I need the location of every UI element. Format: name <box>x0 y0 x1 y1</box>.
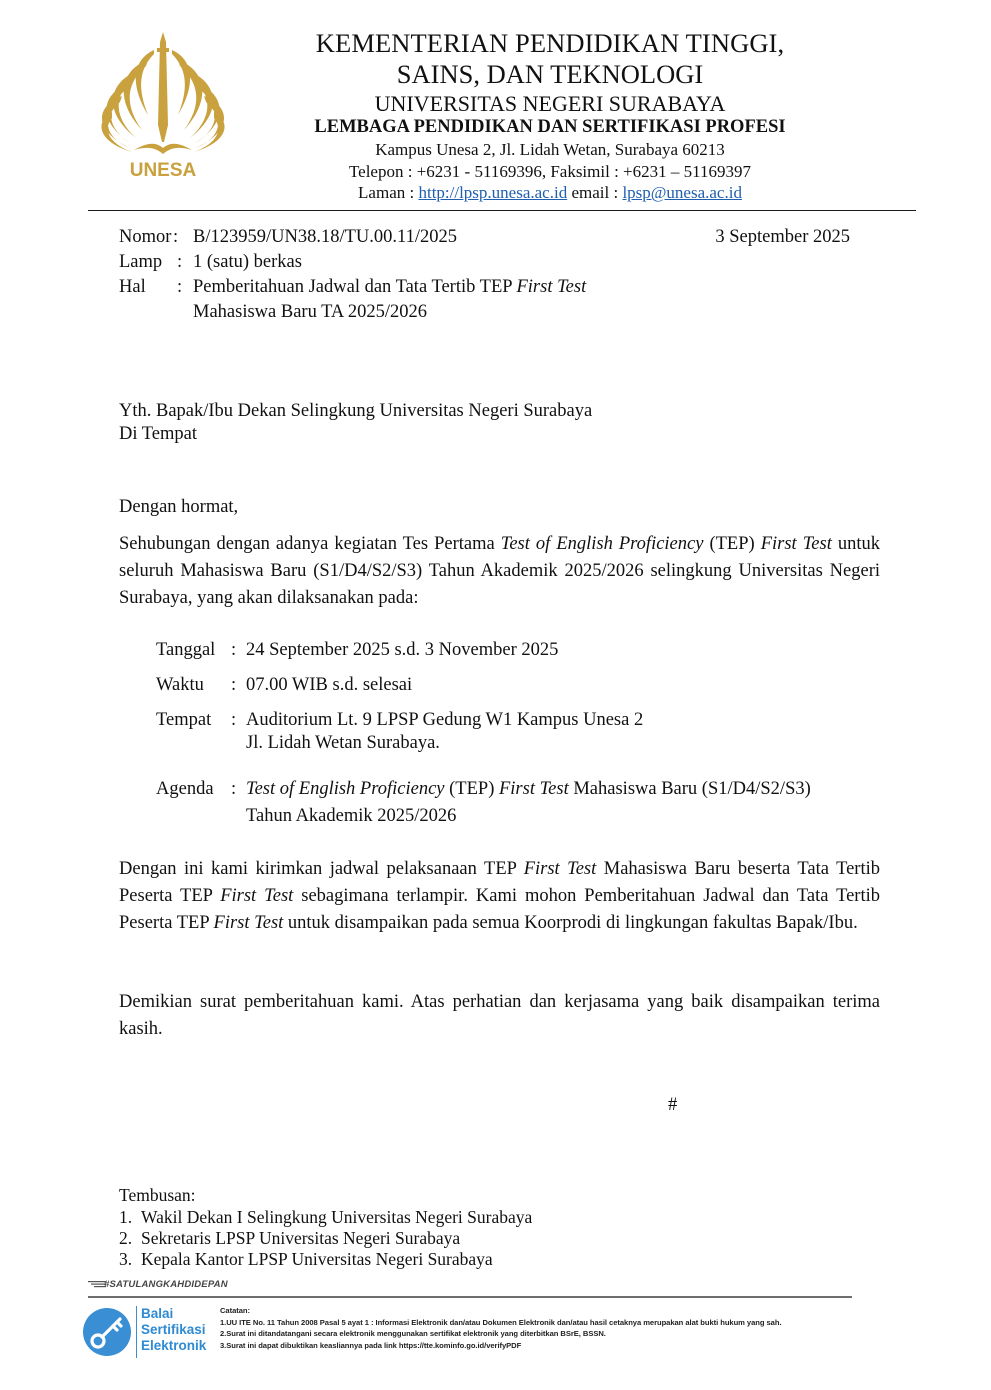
tanggal-label: Tanggal <box>156 638 215 662</box>
note-item: 3.Surat ini dapat dibuktikan keasliannya… <box>220 1340 782 1352</box>
lamp-value: 1 (satu) berkas <box>193 250 302 274</box>
waktu-colon: : <box>231 673 236 697</box>
tanggal-value: 24 September 2025 s.d. 3 November 2025 <box>246 638 558 662</box>
ministry-line-2: SAINS, DAN TEKNOLOGI <box>280 61 820 88</box>
website-link[interactable]: http://lpsp.unesa.ac.id <box>418 183 567 202</box>
waktu-label: Waktu <box>156 673 204 697</box>
tembusan-item: 2.Sekretaris LPSP Universitas Negeri Sur… <box>119 1228 460 1249</box>
hal-value-line1: Pemberitahuan Jadwal dan Tata Tertib TEP… <box>193 275 586 299</box>
tanggal-colon: : <box>231 638 236 662</box>
agenda-colon: : <box>231 777 236 801</box>
salutation: Dengan hormat, <box>119 495 238 519</box>
tempat-colon: : <box>231 708 236 732</box>
ministry-line-1: KEMENTERIAN PENDIDIKAN TINGGI, <box>280 30 820 57</box>
tembusan-item: 1.Wakil Dekan I Selingkung Universitas N… <box>119 1207 532 1228</box>
address: Kampus Unesa 2, Jl. Lidah Wetan, Surabay… <box>280 141 820 158</box>
hal-label: Hal <box>119 275 146 299</box>
agenda-value-line1: Test of English Proficiency (TEP) First … <box>246 777 811 801</box>
letter-date: 3 September 2025 <box>715 225 850 249</box>
svg-text:UNESA: UNESA <box>130 160 197 181</box>
unesa-logo: UNESA <box>92 30 234 182</box>
contact-phone-fax: Telepon : +6231 - 51169396, Faksimil : +… <box>280 163 820 180</box>
closing-paragraph: Demikian surat pemberitahuan kami. Atas … <box>119 989 880 1043</box>
agenda-value-line2: Tahun Akademik 2025/2026 <box>246 804 456 828</box>
tembusan-title: Tembusan: <box>119 1185 196 1206</box>
footer-divider <box>88 1296 852 1298</box>
notes-title: Catatan: <box>220 1305 782 1317</box>
tembusan-item: 3.Kepala Kantor LPSP Universitas Negeri … <box>119 1249 493 1270</box>
intro-paragraph: Sehubungan dengan adanya kegiatan Tes Pe… <box>119 531 880 612</box>
attachment-paragraph: Dengan ini kami kirimkan jadwal pelaksan… <box>119 856 880 937</box>
hal-value-line2: Mahasiswa Baru TA 2025/2026 <box>193 300 427 324</box>
bsre-key-icon <box>82 1307 132 1357</box>
recipient-line-1: Yth. Bapak/Ibu Dekan Selingkung Universi… <box>119 399 592 423</box>
recipient-line-2: Di Tempat <box>119 422 197 446</box>
institution-name: LEMBAGA PENDIDIKAN DAN SERTIFIKASI PROFE… <box>280 118 820 137</box>
waktu-value: 07.00 WIB s.d. selesai <box>246 673 412 697</box>
nomor-label: Nomor <box>119 225 171 249</box>
bsre-divider <box>136 1306 137 1358</box>
signature-placeholder: # <box>668 1093 677 1117</box>
university-name: UNIVERSITAS NEGERI SURABAYA <box>280 93 820 115</box>
email-label: email : <box>567 183 622 202</box>
contact-web-email: Laman : http://lpsp.unesa.ac.id email : … <box>280 184 820 201</box>
tempat-value-line2: Jl. Lidah Wetan Surabaya. <box>246 731 440 755</box>
agenda-label: Agenda <box>156 777 214 801</box>
nomor-value: B/123959/UN38.18/TU.00.11/2025 <box>193 225 457 249</box>
tempat-value-line1: Auditorium Lt. 9 LPSP Gedung W1 Kampus U… <box>246 708 643 732</box>
footer-notes: Catatan: 1.UU ITE No. 11 Tahun 2008 Pasa… <box>220 1305 782 1351</box>
note-item: 2.Surat ini ditandatangani secara elektr… <box>220 1328 782 1340</box>
email-link[interactable]: lpsp@unesa.ac.id <box>622 183 742 202</box>
header-divider <box>88 210 916 211</box>
lamp-colon: : <box>177 250 182 274</box>
campaign-hashtag: #SATULANGKAHDIDEPAN <box>104 1279 228 1290</box>
hal-colon: : <box>177 275 182 299</box>
bsre-wordmark: Balai Sertifikasi Elektronik <box>141 1306 206 1354</box>
tempat-label: Tempat <box>156 708 211 732</box>
website-label: Laman : <box>358 183 418 202</box>
nomor-colon: : <box>173 225 178 249</box>
note-item: 1.UU ITE No. 11 Tahun 2008 Pasal 5 ayat … <box>220 1317 782 1329</box>
lamp-label: Lamp <box>119 250 162 274</box>
